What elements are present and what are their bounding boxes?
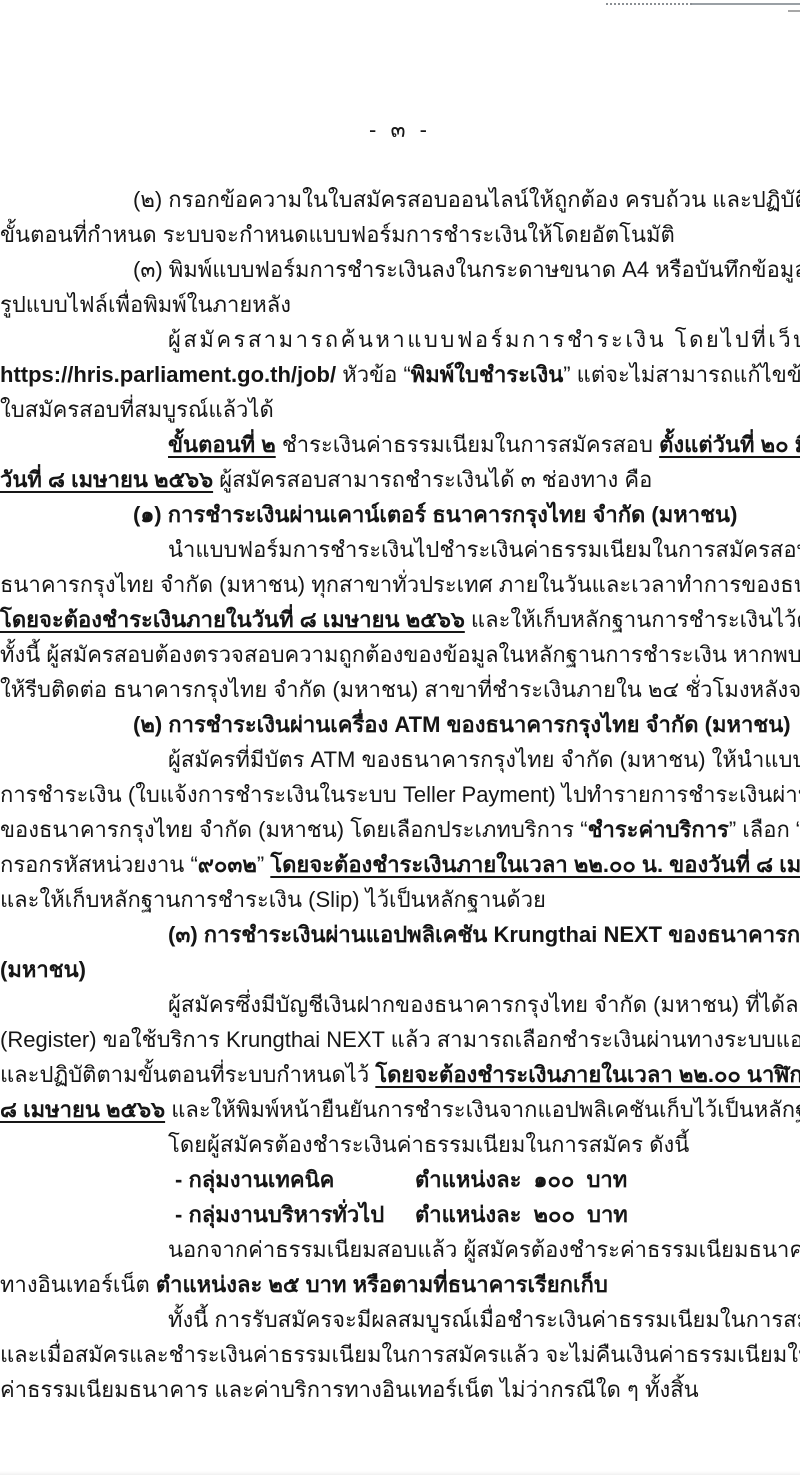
channel-2-line-4-segment-3: โดยจะต้องชำระเงินภายในเวลา ๒๒.๐๐ น. ของว… <box>270 852 800 877</box>
channel-3-line-1-segment-0: ผู้สมัครซึ่งมีบัญชีเงินฝากของธนาคารกรุงไ… <box>168 992 800 1017</box>
step-2-line-1-segment-1: ชำระเงินค่าธรรมเนียมในการสมัครสอบ <box>276 432 659 457</box>
fee-row-general: - กลุ่มงานบริหารทั่วไปตำแหน่งละ ๒๐๐ บาท <box>0 1197 800 1232</box>
scanner-artifact-solid <box>692 3 800 5</box>
channel-2-line-5: และให้เก็บหลักฐานการชำระเงิน (Slip) ไว้เ… <box>0 882 800 917</box>
channel-2-line-4-segment-1: ๙๐๓๒ <box>198 852 257 877</box>
search-info-line-2-segment-3: ” แต่จะไม่สามารถแก้ไขข้อมูล <box>563 362 800 387</box>
document-body: (๒) กรอกข้อความในใบสมัครสอบออนไลน์ให้ถูก… <box>0 182 800 1407</box>
channel-2-heading: (๒) การชำระเงินผ่านเครื่อง ATM ของธนาคาร… <box>0 707 800 742</box>
channel-3-heading-line-1: (๓) การชำระเงินผ่านแอปพลิเคชัน Krungthai… <box>0 917 800 952</box>
closing-line-3-segment-0: ค่าธรรมเนียมธนาคาร และค่าบริการทางอินเทอ… <box>0 1377 699 1402</box>
channel-2-line-4: กรอกรหัสหน่วยงาน “๙๐๓๒” โดยจะต้องชำระเงิ… <box>0 847 800 882</box>
search-info-line-2: https://hris.parliament.go.th/job/ หัวข้… <box>0 357 800 392</box>
channel-1-line-2-segment-0: ธนาคารกรุงไทย จำกัด (มหาชน) ทุกสาขาทั่วป… <box>0 572 800 597</box>
search-info-line-1-segment-0: ผู้สมัครสามารถค้นหาแบบฟอร์มการชำระเงิน โ… <box>168 327 800 352</box>
item-2-line-2: ขั้นตอนที่กำหนด ระบบจะกำหนดแบบฟอร์มการชำ… <box>0 217 800 252</box>
channel-3-heading-line-2: (มหาชน) <box>0 952 800 987</box>
channel-2-line-3: ของธนาคารกรุงไทย จำกัด (มหาชน) โดยเลือกป… <box>0 812 800 847</box>
channel-2-line-3-segment-2: ” เลือก “ <box>729 817 800 842</box>
channel-2-line-4-segment-2: ” <box>257 852 270 877</box>
scanner-bottom-shade <box>0 1471 800 1475</box>
scanner-artifact-dashes <box>606 3 692 5</box>
channel-3-line-4: ๘ เมษายน ๒๕๖๖ และให้พิมพ์หน้ายืนยันการชำ… <box>0 1092 800 1127</box>
channel-3-line-2-segment-0: (Register) ขอใช้บริการ Krungthai NEXT แล… <box>0 1027 800 1052</box>
fee-row-technical-segment-0: - กลุ่มงานเทคนิค <box>175 1162 415 1197</box>
closing-line-2-segment-0: และเมื่อสมัครและชำระเงินค่าธรรมเนียมในกา… <box>0 1342 800 1367</box>
channel-2-heading-segment-0: (๒) การชำระเงินผ่านเครื่อง ATM ของธนาคาร… <box>133 712 791 737</box>
search-info-line-3-segment-0: ใบสมัครสอบที่สมบูรณ์แล้วได้ <box>0 397 274 422</box>
channel-1-line-4: ทั้งนี้ ผู้สมัครสอบต้องตรวจสอบความถูกต้อ… <box>0 637 800 672</box>
channel-3-heading-line-1-segment-0: (๓) การชำระเงินผ่านแอปพลิเคชัน Krungthai… <box>168 922 800 947</box>
channel-3-heading-line-2-segment-0: (มหาชน) <box>0 957 86 982</box>
channel-2-line-4-segment-0: กรอกรหัสหน่วยงาน “ <box>0 852 198 877</box>
item-3-line-1: (๓) พิมพ์แบบฟอร์มการชำระเงินลงในกระดาษขน… <box>0 252 800 287</box>
bank-fee-line-1-segment-0: นอกจากค่าธรรมเนียมสอบแล้ว ผู้สมัครต้องชำ… <box>168 1237 800 1262</box>
channel-3-line-3: และปฏิบัติตามขั้นตอนที่ระบบกำหนดไว้ โดยจ… <box>0 1057 800 1092</box>
channel-1-line-4-segment-0: ทั้งนี้ ผู้สมัครสอบต้องตรวจสอบความถูกต้อ… <box>0 642 800 667</box>
fee-row-general-segment-0: - กลุ่มงานบริหารทั่วไป <box>175 1197 415 1232</box>
channel-2-line-2: การชำระเงิน (ใบแจ้งการชำระเงินในระบบ Tel… <box>0 777 800 812</box>
channel-1-line-5: ให้รีบติดต่อ ธนาคารกรุงไทย จำกัด (มหาชน)… <box>0 672 800 707</box>
step-2-line-2: วันที่ ๘ เมษายน ๒๕๖๖ ผู้สมัครสอบสามารถชำ… <box>0 462 800 497</box>
fee-row-general-segment-1: ตำแหน่งละ ๒๐๐ บาท <box>415 1197 628 1232</box>
fee-row-technical: - กลุ่มงานเทคนิคตำแหน่งละ ๑๐๐ บาท <box>0 1162 800 1197</box>
closing-line-2: และเมื่อสมัครและชำระเงินค่าธรรมเนียมในกา… <box>0 1337 800 1372</box>
item-3-line-2-segment-0: รูปแบบไฟล์เพื่อพิมพ์ในภายหลัง <box>0 292 291 317</box>
item-3-line-1-segment-0: (๓) พิมพ์แบบฟอร์มการชำระเงินลงในกระดาษขน… <box>133 257 800 282</box>
channel-2-line-2-segment-0: การชำระเงิน (ใบแจ้งการชำระเงินในระบบ Tel… <box>0 782 800 807</box>
channel-1-heading: (๑) การชำระเงินผ่านเคาน์เตอร์ ธนาคารกรุง… <box>0 497 800 532</box>
search-info-line-2-segment-0: https://hris.parliament.go.th/job/ <box>0 362 336 387</box>
channel-1-heading-segment-0: (๑) การชำระเงินผ่านเคาน์เตอร์ ธนาคารกรุง… <box>133 502 737 527</box>
channel-2-line-1-segment-0: ผู้สมัครที่มีบัตร ATM ของธนาคารกรุงไทย จ… <box>168 747 800 772</box>
step-2-line-1-segment-0: ขั้นตอนที่ ๒ <box>168 432 276 457</box>
channel-3-line-3-segment-1: โดยจะต้องชำระเงินภายในเวลา ๒๒.๐๐ นาฬิกา … <box>375 1062 800 1087</box>
step-2-line-1: ขั้นตอนที่ ๒ ชำระเงินค่าธรรมเนียมในการสม… <box>0 427 800 462</box>
scanned-document-page: - ๓ - (๒) กรอกข้อความในใบสมัครสอบออนไลน์… <box>0 0 800 1475</box>
channel-3-line-3-segment-0: และปฏิบัติตามขั้นตอนที่ระบบกำหนดไว้ <box>0 1062 375 1087</box>
channel-2-line-3-segment-0: ของธนาคารกรุงไทย จำกัด (มหาชน) โดยเลือกป… <box>0 817 588 842</box>
step-2-line-2-segment-1: ผู้สมัครสอบสามารถชำระเงินได้ ๓ ช่องทาง ค… <box>213 467 652 492</box>
closing-line-1: ทั้งนี้ การรับสมัครจะมีผลสมบูรณ์เมื่อชำร… <box>0 1302 800 1337</box>
search-info-line-1: ผู้สมัครสามารถค้นหาแบบฟอร์มการชำระเงิน โ… <box>0 322 800 357</box>
fee-intro: โดยผู้สมัครต้องชำระเงินค่าธรรมเนียมในการ… <box>0 1127 800 1162</box>
search-info-line-3: ใบสมัครสอบที่สมบูรณ์แล้วได้ <box>0 392 800 427</box>
channel-2-line-3-segment-1: ชำระค่าบริการ <box>588 817 729 842</box>
channel-3-line-1: ผู้สมัครซึ่งมีบัญชีเงินฝากของธนาคารกรุงไ… <box>0 987 800 1022</box>
bank-fee-line-2: ทางอินเทอร์เน็ต ตำแหน่งละ ๒๕ บาท หรือตาม… <box>0 1267 800 1302</box>
fee-row-technical-segment-1: ตำแหน่งละ ๑๐๐ บาท <box>415 1162 627 1197</box>
channel-1-line-2: ธนาคารกรุงไทย จำกัด (มหาชน) ทุกสาขาทั่วป… <box>0 567 800 602</box>
item-2-line-2-segment-0: ขั้นตอนที่กำหนด ระบบจะกำหนดแบบฟอร์มการชำ… <box>0 222 675 247</box>
item-2-line-1: (๒) กรอกข้อความในใบสมัครสอบออนไลน์ให้ถูก… <box>0 182 800 217</box>
channel-2-line-5-segment-0: และให้เก็บหลักฐานการชำระเงิน (Slip) ไว้เ… <box>0 887 546 912</box>
fee-intro-segment-0: โดยผู้สมัครต้องชำระเงินค่าธรรมเนียมในการ… <box>168 1132 689 1157</box>
channel-2-line-1: ผู้สมัครที่มีบัตร ATM ของธนาคารกรุงไทย จ… <box>0 742 800 777</box>
channel-3-line-2: (Register) ขอใช้บริการ Krungthai NEXT แล… <box>0 1022 800 1057</box>
channel-1-line-1: นำแบบฟอร์มการชำระเงินไปชำระเงินค่าธรรมเน… <box>0 532 800 567</box>
channel-1-line-5-segment-0: ให้รีบติดต่อ ธนาคารกรุงไทย จำกัด (มหาชน)… <box>0 677 800 702</box>
item-3-line-2: รูปแบบไฟล์เพื่อพิมพ์ในภายหลัง <box>0 287 800 322</box>
channel-1-line-3: โดยจะต้องชำระเงินภายในวันที่ ๘ เมษายน ๒๕… <box>0 602 800 637</box>
bank-fee-line-1: นอกจากค่าธรรมเนียมสอบแล้ว ผู้สมัครต้องชำ… <box>0 1232 800 1267</box>
page-number: - ๓ - <box>0 112 800 147</box>
channel-1-line-3-segment-0: โดยจะต้องชำระเงินภายในวันที่ ๘ เมษายน ๒๕… <box>0 607 465 632</box>
channel-1-line-3-segment-1: และให้เก็บหลักฐานการชำระเงินไว้ด้วย <box>465 607 800 632</box>
scanner-artifact-tick <box>788 10 800 12</box>
closing-line-1-segment-0: ทั้งนี้ การรับสมัครจะมีผลสมบูรณ์เมื่อชำร… <box>168 1307 800 1332</box>
item-2-line-1-segment-0: (๒) กรอกข้อความในใบสมัครสอบออนไลน์ให้ถูก… <box>133 187 800 212</box>
closing-line-3: ค่าธรรมเนียมธนาคาร และค่าบริการทางอินเทอ… <box>0 1372 800 1407</box>
channel-3-line-4-segment-1: และให้พิมพ์หน้ายืนยันการชำระเงินจากแอปพล… <box>165 1097 800 1122</box>
step-2-line-1-segment-2: ตั้งแต่วันที่ ๒๐ มีนาคม ถึง <box>659 432 800 457</box>
scanner-artifact-line <box>606 3 800 5</box>
step-2-line-2-segment-0: วันที่ ๘ เมษายน ๒๕๖๖ <box>0 467 213 492</box>
channel-1-line-1-segment-0: นำแบบฟอร์มการชำระเงินไปชำระเงินค่าธรรมเน… <box>168 537 800 562</box>
bank-fee-line-2-segment-1: ตำแหน่งละ ๒๕ บาท หรือตามที่ธนาคารเรียกเก… <box>156 1272 608 1297</box>
search-info-line-2-segment-1: หัวข้อ “ <box>336 362 411 387</box>
bank-fee-line-2-segment-0: ทางอินเทอร์เน็ต <box>0 1272 156 1297</box>
search-info-line-2-segment-2: พิมพ์ใบชำระเงิน <box>411 362 563 387</box>
channel-3-line-4-segment-0: ๘ เมษายน ๒๕๖๖ <box>0 1097 165 1122</box>
